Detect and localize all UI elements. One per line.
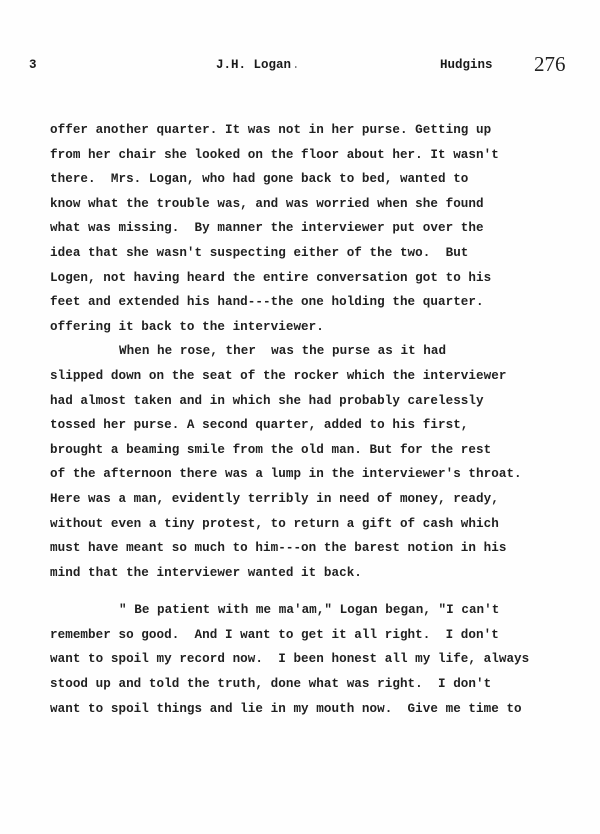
text-line: When he rose, ther was the purse as it h…	[50, 339, 590, 364]
paragraph-2: When he rose, ther was the purse as it h…	[50, 339, 590, 585]
interviewer-name: Hudgins	[440, 58, 493, 72]
text-line: offering it back to the interviewer.	[50, 315, 590, 340]
text-line: brought a beaming smile from the old man…	[50, 438, 590, 463]
text-line: want to spoil things and lie in my mouth…	[50, 697, 590, 722]
text-line: of the afternoon there was a lump in the…	[50, 462, 590, 487]
text-line: stood up and told the truth, done what w…	[50, 672, 590, 697]
text-line: know what the trouble was, and was worri…	[50, 192, 590, 217]
text-line: must have meant so much to him---on the …	[50, 536, 590, 561]
text-line: what was missing. By manner the intervie…	[50, 216, 590, 241]
text-line: feet and extended his hand---the one hol…	[50, 290, 590, 315]
text-line: there. Mrs. Logan, who had gone back to …	[50, 167, 590, 192]
paragraph-3: " Be patient with me ma'am," Logan began…	[50, 598, 590, 721]
text-line: Here was a man, evidently terribly in ne…	[50, 487, 590, 512]
page-number: 276	[534, 52, 566, 77]
text-line: offer another quarter. It was not in her…	[50, 118, 590, 143]
text-line: slipped down on the seat of the rocker w…	[50, 364, 590, 389]
text-line: remember so good. And I want to get it a…	[50, 623, 590, 648]
text-line: had almost taken and in which she had pr…	[50, 389, 590, 414]
section-number: 3	[29, 58, 37, 72]
paragraph-gap	[50, 585, 590, 598]
text-line: want to spoil my record now. I been hone…	[50, 647, 590, 672]
header-separator: .	[292, 58, 300, 72]
page-header: 3 J.H. Logan . Hudgins 276	[0, 52, 600, 76]
text-line: without even a tiny protest, to return a…	[50, 512, 590, 537]
text-line: mind that the interviewer wanted it back…	[50, 561, 590, 586]
text-line: tossed her purse. A second quarter, adde…	[50, 413, 590, 438]
informant-name: J.H. Logan	[216, 58, 291, 72]
text-line: " Be patient with me ma'am," Logan began…	[50, 598, 590, 623]
text-line: from her chair she looked on the floor a…	[50, 143, 590, 168]
document-page: 3 J.H. Logan . Hudgins 276 offer another…	[0, 0, 600, 834]
text-line: idea that she wasn't suspecting either o…	[50, 241, 590, 266]
paragraph-1: offer another quarter. It was not in her…	[50, 118, 590, 339]
document-body: offer another quarter. It was not in her…	[50, 118, 590, 721]
text-line: Logen, not having heard the entire conve…	[50, 266, 590, 291]
